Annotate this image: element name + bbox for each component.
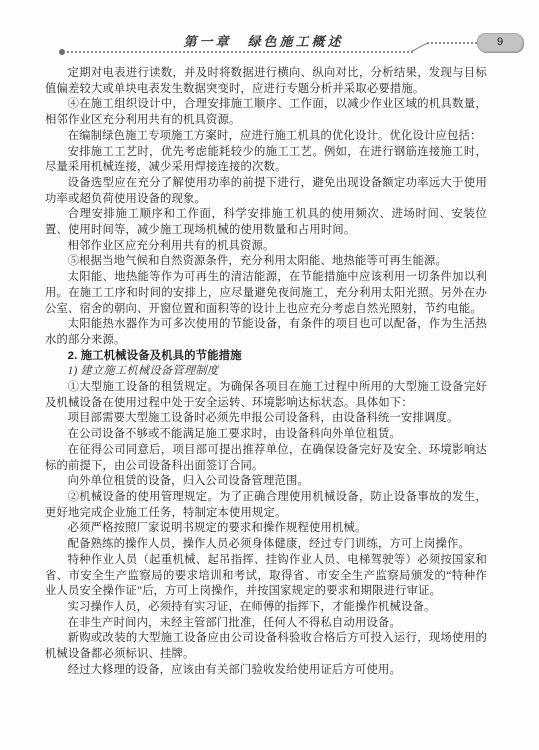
subsection-heading: 1) 建立施工机械设备管理制度 <box>45 364 487 380</box>
paragraph: 相邻作业区应充分利用共有的机具资源。 <box>45 239 487 255</box>
paragraph: ②机械设备的使用管理规定。为了正确合理使用机械设备，防止设备事故的发生，更好地完… <box>45 490 487 521</box>
paragraph: 设备选型应在充分了解使用功率的前提下进行，避免出现设备额定功率远大于使用功率或超… <box>45 176 487 207</box>
page-number-badge: 9 <box>477 33 523 52</box>
paragraph: 必须严格按照厂家说明书规定的要求和操作规程使用机械。 <box>45 521 487 537</box>
paragraph: ①大型施工设备的租赁规定。为确保各项目在施工过程中所用的大型施工设备完好及机械设… <box>45 380 487 411</box>
paragraph: 安排施工工艺时，优先考虑能耗较少的施工工艺。例如，在进行钢筋连接施工时，尽量采用… <box>45 145 487 176</box>
header-dotted-rule-right <box>427 42 477 44</box>
paragraph: 在非生产时间内，未经主管部门批准，任何人不得私自动用设备。 <box>45 616 487 632</box>
paragraph: 在编制绿色施工专项施工方案时，应进行施工机具的优化设计。优化设计应包括： <box>45 129 487 145</box>
section-heading: 2. 施工机械设备及机具的节能措施 <box>45 349 487 365</box>
paragraph: 合理安排施工顺序和工作面，科学安排施工机具的使用频次、进场时间、安装位置、使用时… <box>45 207 487 238</box>
paragraph: 配备熟练的操作人员，操作人员必须身体健康，经过专门训练，方可上岗操作。 <box>45 537 487 553</box>
paragraph: ⑤根据当地气候和自然资源条件，充分利用太阳能、地热能等可再生能源。 <box>45 254 487 270</box>
paragraph: 在征得公司同意后，项目部可提出推荐单位，在确保设备完好及安全、环境影响达标的前提… <box>45 443 487 474</box>
paragraph: 项目部需要大型施工设备时必须先申报公司设备科，由设备科统一安排调度。 <box>45 411 487 427</box>
paragraph: 实习操作人员，必须持有实习证，在师傅的指挥下，才能操作机械设备。 <box>45 600 487 616</box>
paragraph: ④在施工组织设计中，合理安排施工顺序、工作面，以减少作业区域的机具数量，相邻作业… <box>45 97 487 128</box>
paragraph: 定期对电表进行读数，并及时将数据进行横向、纵向对比，分析结果，发现与目标值偏差较… <box>45 66 487 97</box>
paragraph: 特种作业人员（起重机械、起吊指挥、挂钩作业人员、电梯驾驶等）必须按国家和省、市安… <box>45 553 487 600</box>
paragraph: 经过大修理的设备，应该由有关部门验收发给使用证后方可使用。 <box>45 663 487 679</box>
paragraph: 新购或改装的大型施工设备应由公司设备科验收合格后方可投入运行，现场使用的机械设备… <box>45 631 487 662</box>
paragraph: 太阳能热水器作为可多次使用的节能设备，有条件的项目也可以配备，作为生活热水的部分… <box>45 317 487 348</box>
paragraph: 太阳能、地热能等作为可再生的清洁能源，在节能措施中应该利用一切条件加以利用。在施… <box>45 270 487 317</box>
paragraph: 向外单位租赁的设备，归入公司设备管理范围。 <box>45 474 487 490</box>
header-dotted-rule <box>67 51 413 53</box>
book-page: 第一章 绿色施工概述 9 定期对电表进行读数，并及时将数据进行横向、纵向对比，分… <box>0 0 539 750</box>
header-lead-dot-icon <box>59 49 65 55</box>
body-text: 定期对电表进行读数，并及时将数据进行横向、纵向对比，分析结果，发现与目标值偏差较… <box>45 66 487 678</box>
running-head: 第一章 绿色施工概述 9 <box>0 0 539 60</box>
paragraph: 在公司设备不够或不能满足施工要求时，由设备科向外单位租赁。 <box>45 427 487 443</box>
chapter-title: 第一章 绿色施工概述 <box>0 31 527 50</box>
